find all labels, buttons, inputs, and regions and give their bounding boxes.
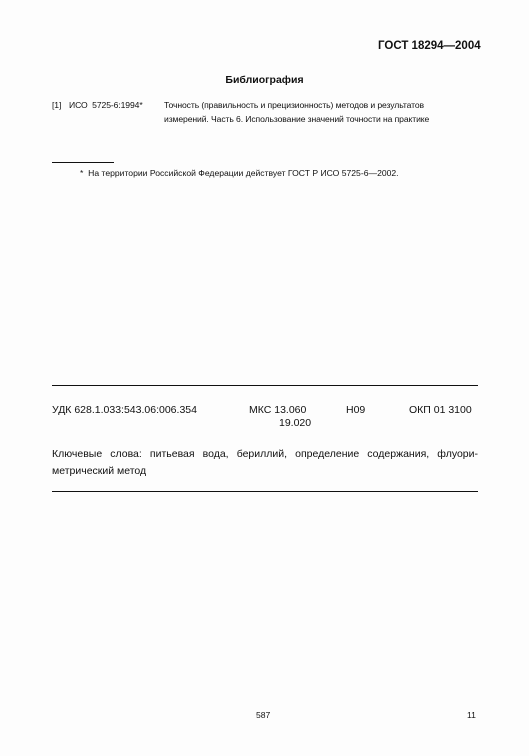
entry-title-line2: измерений. Часть 6. Использование значен… (164, 114, 429, 124)
classification-bottom-rule (52, 491, 478, 492)
udk-code: УДК 628.1.033:543.06:006.354 (52, 404, 197, 416)
okp-code: ОКП 01 3100 (409, 404, 472, 416)
mks-code-1: МКС 13.060 (249, 404, 306, 416)
category-code: Н09 (346, 404, 365, 416)
classification-top-rule (52, 385, 478, 386)
entry-title-line1: Точность (правильность и прецизионность)… (164, 100, 424, 110)
bibliography-title: Библиография (0, 74, 529, 86)
standard-number: ГОСТ 18294—2004 (378, 40, 481, 52)
page-number: 11 (467, 710, 476, 720)
mks-code-2: 19.020 (279, 417, 311, 429)
keywords: Ключевые слова: питьевая вода, бериллий,… (52, 446, 478, 480)
entry-source: ИСО 5725-6:1994* (69, 100, 143, 110)
footnote-text: * На территории Российской Федерации дей… (80, 168, 399, 178)
footnote-divider (52, 162, 114, 163)
page-number-total: 587 (256, 710, 270, 720)
entry-number: [1] (52, 100, 61, 110)
